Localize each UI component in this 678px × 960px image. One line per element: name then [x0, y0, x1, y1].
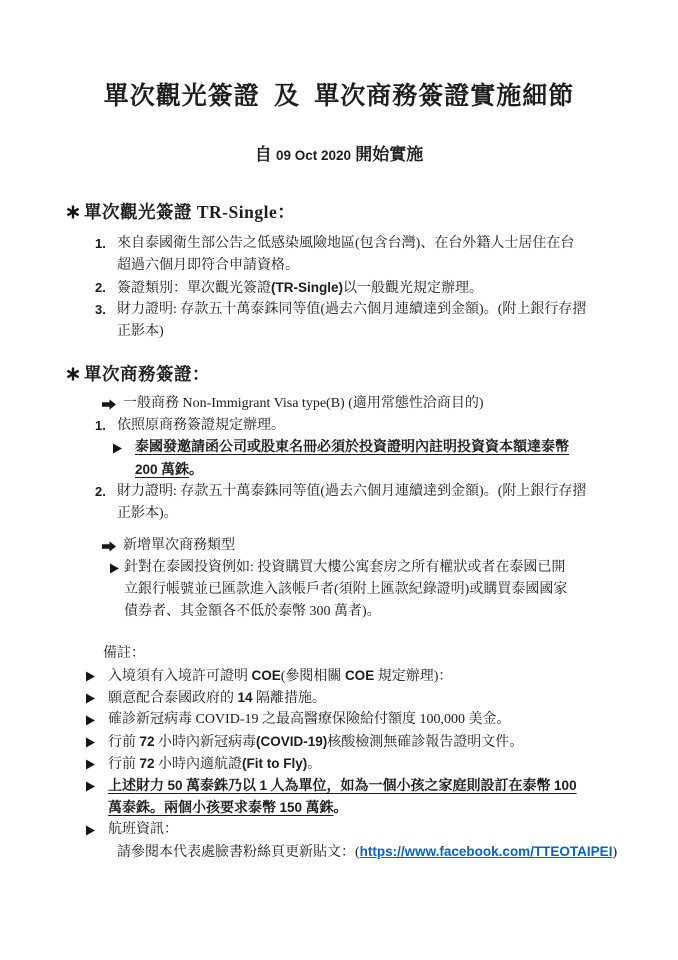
- block-content: 單次觀光簽證 TR-Single：: [84, 199, 295, 225]
- list-number: 2.: [95, 277, 117, 299]
- block-content: 針對在泰國投資例如: 投資購買大樓公寓套房之所有權狀或者在泰國已開立銀行帳號並已…: [124, 557, 567, 623]
- note-funds-per-person: 上述財力 50 萬泰銖乃以 1 人為單位，如為一個小孩之家庭則設訂在泰幣 100…: [86, 775, 678, 819]
- block-content: 上述財力 50 萬泰銖乃以 1 人為單位，如為一個小孩之家庭則設訂在泰幣 100…: [108, 775, 577, 819]
- text-run: 正影本)。: [117, 506, 178, 521]
- text-run: 。: [189, 463, 203, 478]
- text-line: 正影本): [117, 321, 586, 343]
- text-run: 開始實施: [351, 145, 423, 164]
- text-line: 確診新冠病毒 COVID-19 之最高醫療保險給付額度 100,000 美金。: [108, 709, 511, 731]
- triangle-arrowhead-icon: [86, 775, 108, 792]
- text-run: 願意配合泰國政府的: [108, 691, 238, 706]
- text-run: 以一般觀光規定辦理。: [343, 281, 483, 296]
- triangle-arrowhead-icon: [86, 753, 108, 770]
- text-line: 200 萬銖。: [135, 459, 569, 481]
- text-run: 行前: [108, 757, 140, 772]
- text-line: 超過六個月即符合申請資格。: [117, 255, 574, 277]
- block-content: 行前 72 小時內適航證(Fit to Fly)。: [108, 753, 321, 775]
- text-run: 正影本): [117, 324, 164, 339]
- text-run: 萬銖: [302, 801, 334, 816]
- text-run: (參閱相關: [281, 669, 345, 684]
- text-run: 立銀行帳號並已匯款進入該帳戶者(須附上匯款紀錄證明)或購買泰國國家: [124, 582, 567, 597]
- list-number: 2.: [95, 481, 117, 503]
- section-heading-business: 單次商務簽證：: [66, 361, 678, 387]
- text-line: 行前 72 小時內新冠病毒(COVID-19)核酸檢測無確診報告證明文件。: [108, 731, 523, 753]
- text-run: 來自泰國衛生部公告之低感染風險地區(包含台灣)、在台外籍人士居住在台: [117, 236, 574, 251]
- asterisk-icon: [66, 199, 84, 219]
- section-heading-tourist: 單次觀光簽證 TR-Single：: [66, 199, 678, 225]
- tourist-rule-2: 2.簽證類別：單次觀光簽證(TR-Single)以一般觀光規定辦理。: [95, 277, 678, 299]
- business-rule-2: 2.財力證明: 存款五十萬泰銖同等值(過去六個月連續達到金額)。(附上銀行存摺正…: [95, 481, 678, 525]
- business-type-new: 新增單次商務類型: [102, 535, 678, 557]
- text-run: (COVID-19): [256, 734, 327, 749]
- text-run: 自: [255, 145, 276, 164]
- text-run: 09 Oct 2020: [276, 148, 351, 163]
- block-content: 備註：: [103, 643, 145, 665]
- text-line: 入境須有入境許可證明 COE(參閱相關 COE 規定辦理)：: [108, 665, 452, 687]
- text-run: 泰國發邀請函公司或股東名冊必須於投資證明內註明投資資本額達泰幣: [135, 440, 569, 455]
- text-run: 依照原商務簽證規定辦理。: [117, 418, 285, 433]
- text-run: 核酸檢測無確診報告證明文件。: [327, 735, 523, 750]
- triangle-arrowhead-icon: [86, 819, 108, 836]
- text-line: 正影本)。: [117, 503, 586, 525]
- right-arrow-icon: [102, 535, 123, 552]
- block-content: 行前 72 小時內新冠病毒(COVID-19)核酸檢測無確診報告證明文件。: [108, 731, 523, 753]
- block-content: 依照原商務簽證規定辦理。: [117, 415, 285, 437]
- page-title: 單次觀光簽證 及 單次商務簽證實施細節: [0, 80, 678, 114]
- text-run: 14: [238, 690, 253, 705]
- text-run: (Fit to Fly): [242, 756, 307, 771]
- block-content: 確診新冠病毒 COVID-19 之最高醫療保險給付額度 100,000 美金。: [108, 709, 511, 731]
- text-line: 一般商務 Non-Immigrant Visa type(B) (適用常態性洽商…: [123, 393, 484, 415]
- block-content: 航班資訊：: [108, 819, 178, 841]
- notes-label: 備註：: [103, 643, 678, 665]
- triangle-arrowhead-icon: [86, 665, 108, 682]
- list-number: 3.: [95, 299, 117, 321]
- effective-date-subtitle: 自 09 Oct 2020 開始實施: [0, 143, 678, 167]
- text-line: 行前 72 小時內適航證(Fit to Fly)。: [108, 753, 321, 775]
- text-line: 請參閱本代表處臉書粉絲頁更新貼文：(https://www.facebook.c…: [117, 841, 617, 863]
- text-run: 入境須有入境許可證明: [108, 669, 252, 684]
- text-run: 規定辦理)：: [374, 669, 452, 684]
- text-line: 自 09 Oct 2020 開始實施: [0, 143, 678, 167]
- text-run: 針對在泰國投資例如: 投資購買大樓公寓套房之所有權狀或者在泰國已開: [124, 560, 565, 575]
- text-line: 新增單次商務類型: [123, 535, 235, 557]
- business-rule-1: 1.依照原商務簽證規定辦理。: [95, 415, 678, 437]
- text-run: 上述財力: [108, 779, 168, 794]
- text-run: 財力證明: 存款五十萬泰銖同等值(過去六個月連續達到金額)。(附上銀行存摺: [117, 484, 586, 499]
- text-run: 確診新冠病毒 COVID-19 之最高醫療保險給付額度 100,000 美金。: [108, 712, 511, 727]
- text-line: 依照原商務簽證規定辦理。: [117, 415, 285, 437]
- right-arrow-icon: [102, 393, 123, 410]
- block-content: 單次商務簽證：: [84, 361, 210, 387]
- text-run: 小時內適航證: [155, 757, 243, 772]
- text-run: 人為單位，如為一個小孩之家庭則設訂在泰幣: [267, 779, 554, 794]
- triangle-arrowhead-icon: [86, 731, 108, 748]
- text-run: (TR-Single): [271, 280, 343, 295]
- triangle-arrowhead-icon: [86, 687, 108, 704]
- text-run: 單次商務簽證：: [84, 364, 210, 384]
- note-flight-info: 航班資訊：: [86, 819, 678, 841]
- business-new-detail: 針對在泰國投資例如: 投資購買大樓公寓套房之所有權狀或者在泰國已開立銀行帳號並已…: [110, 557, 678, 623]
- note-quarantine: 願意配合泰國政府的 14 隔離措施。: [86, 687, 678, 709]
- note-insurance: 確診新冠病毒 COVID-19 之最高醫療保險給付額度 100,000 美金。: [86, 709, 678, 731]
- text-run: 請參閱本代表處臉書粉絲頁更新貼文：(: [117, 845, 360, 860]
- text-line: 單次觀光簽證 TR-Single：: [84, 199, 295, 225]
- triangle-arrowhead-icon: [113, 437, 135, 454]
- block-content: 自 09 Oct 2020 開始實施: [0, 143, 678, 167]
- text-run: 隔離措施。: [253, 691, 327, 706]
- text-run: 100: [554, 778, 577, 793]
- text-line: 航班資訊：: [108, 819, 178, 841]
- text-run: ): [612, 845, 617, 860]
- text-line: 簽證類別：單次觀光簽證(TR-Single)以一般觀光規定辦理。: [117, 277, 483, 299]
- text-line: 來自泰國衛生部公告之低感染風險地區(包含台灣)、在台外籍人士居住在台: [117, 233, 574, 255]
- block-content: 一般商務 Non-Immigrant Visa type(B) (適用常態性洽商…: [123, 393, 484, 415]
- block-content: 泰國發邀請函公司或股東名冊必須於投資證明內註明投資資本額達泰幣200 萬銖。: [135, 437, 569, 481]
- text-run: 50: [168, 778, 183, 793]
- flight-info-detail: 請參閱本代表處臉書粉絲頁更新貼文：(https://www.facebook.c…: [117, 841, 678, 863]
- text-run: 簽證類別：單次觀光簽證: [117, 281, 271, 296]
- text-line: 泰國發邀請函公司或股東名冊必須於投資證明內註明投資資本額達泰幣: [135, 437, 569, 459]
- text-run: COE: [345, 668, 374, 683]
- text-run: 。: [334, 801, 348, 816]
- text-run: 150: [280, 800, 303, 815]
- text-line: 願意配合泰國政府的 14 隔離措施。: [108, 687, 326, 709]
- business-rule-1-note: 泰國發邀請函公司或股東名冊必須於投資證明內註明投資資本額達泰幣200 萬銖。: [113, 437, 678, 481]
- text-run: 1: [260, 778, 268, 793]
- facebook-link[interactable]: https://www.facebook.com/TTEOTAIPEI: [360, 844, 613, 859]
- text-line: 單次商務簽證：: [84, 361, 210, 387]
- note-pcr-test: 行前 72 小時內新冠病毒(COVID-19)核酸檢測無確診報告證明文件。: [86, 731, 678, 753]
- tourist-rule-3: 3.財力證明: 存款五十萬泰銖同等值(過去六個月連續達到金額)。(附上銀行存摺正…: [95, 299, 678, 343]
- triangle-arrowhead-icon: [110, 557, 124, 574]
- triangle-arrowhead-icon: [86, 709, 108, 726]
- text-line: 萬泰銖。兩個小孩要求泰幣 150 萬銖。: [108, 797, 577, 819]
- tourist-rule-1: 1.來自泰國衛生部公告之低感染風險地區(包含台灣)、在台外籍人士居住在台超過六個…: [95, 233, 678, 277]
- text-line: 債券者、其金額各不低於泰幣 300 萬者)。: [124, 601, 567, 623]
- block-content: 請參閱本代表處臉書粉絲頁更新貼文：(https://www.facebook.c…: [117, 841, 617, 863]
- block-content: 簽證類別：單次觀光簽證(TR-Single)以一般觀光規定辦理。: [117, 277, 483, 299]
- text-run: 新增單次商務類型: [123, 538, 235, 553]
- document-body: 自 09 Oct 2020 開始實施單次觀光簽證 TR-Single：1.來自泰…: [0, 143, 678, 863]
- block-content: 財力證明: 存款五十萬泰銖同等值(過去六個月連續達到金額)。(附上銀行存摺正影本…: [117, 299, 586, 343]
- text-run: 財力證明: 存款五十萬泰銖同等值(過去六個月連續達到金額)。(附上銀行存摺: [117, 302, 586, 317]
- text-run: 200: [135, 462, 158, 477]
- text-run: 備註：: [103, 646, 145, 661]
- text-run: 72: [140, 756, 155, 771]
- text-run: 萬泰銖。兩個小孩要求泰幣: [108, 801, 280, 816]
- text-line: 立銀行帳號並已匯款進入該帳戶者(須附上匯款紀錄證明)或購買泰國國家: [124, 579, 567, 601]
- text-line: 備註：: [103, 643, 145, 665]
- text-line: 財力證明: 存款五十萬泰銖同等值(過去六個月連續達到金額)。(附上銀行存摺: [117, 481, 586, 503]
- note-fit-to-fly: 行前 72 小時內適航證(Fit to Fly)。: [86, 753, 678, 775]
- block-content: 入境須有入境許可證明 COE(參閱相關 COE 規定辦理)：: [108, 665, 452, 687]
- document-page: 單次觀光簽證 及 單次商務簽證實施細節 自 09 Oct 2020 開始實施單次…: [0, 0, 678, 960]
- text-run: 單次觀光簽證 TR-Single：: [84, 202, 295, 222]
- text-run: 萬泰銖乃以: [183, 779, 260, 794]
- text-run: COE: [252, 668, 281, 683]
- block-content: 新增單次商務類型: [123, 535, 235, 557]
- block-content: 願意配合泰國政府的 14 隔離措施。: [108, 687, 326, 709]
- text-line: 針對在泰國投資例如: 投資購買大樓公寓套房之所有權狀或者在泰國已開: [124, 557, 567, 579]
- text-run: 萬銖: [158, 463, 190, 478]
- list-number: 1.: [95, 233, 117, 255]
- text-run: 債券者、其金額各不低於泰幣 300 萬者)。: [124, 604, 381, 619]
- text-line: 上述財力 50 萬泰銖乃以 1 人為單位，如為一個小孩之家庭則設訂在泰幣 100: [108, 775, 577, 797]
- text-run: 超過六個月即符合申請資格。: [117, 258, 299, 273]
- text-run: 行前: [108, 735, 140, 750]
- text-run: 一般商務 Non-Immigrant Visa type(B) (適用常態性洽商…: [123, 396, 484, 411]
- asterisk-icon: [66, 361, 84, 381]
- text-line: 財力證明: 存款五十萬泰銖同等值(過去六個月連續達到金額)。(附上銀行存摺: [117, 299, 586, 321]
- list-number: 1.: [95, 415, 117, 437]
- block-content: 財力證明: 存款五十萬泰銖同等值(過去六個月連續達到金額)。(附上銀行存摺正影本…: [117, 481, 586, 525]
- text-run: 72: [140, 734, 155, 749]
- text-run: 。: [307, 757, 321, 772]
- text-run: 航班資訊：: [108, 822, 178, 837]
- block-content: 來自泰國衛生部公告之低感染風險地區(包含台灣)、在台外籍人士居住在台超過六個月即…: [117, 233, 574, 277]
- note-coe: 入境須有入境許可證明 COE(參閱相關 COE 規定辦理)：: [86, 665, 678, 687]
- text-run: 小時內新冠病毒: [155, 735, 257, 750]
- business-type-general: 一般商務 Non-Immigrant Visa type(B) (適用常態性洽商…: [102, 393, 678, 415]
